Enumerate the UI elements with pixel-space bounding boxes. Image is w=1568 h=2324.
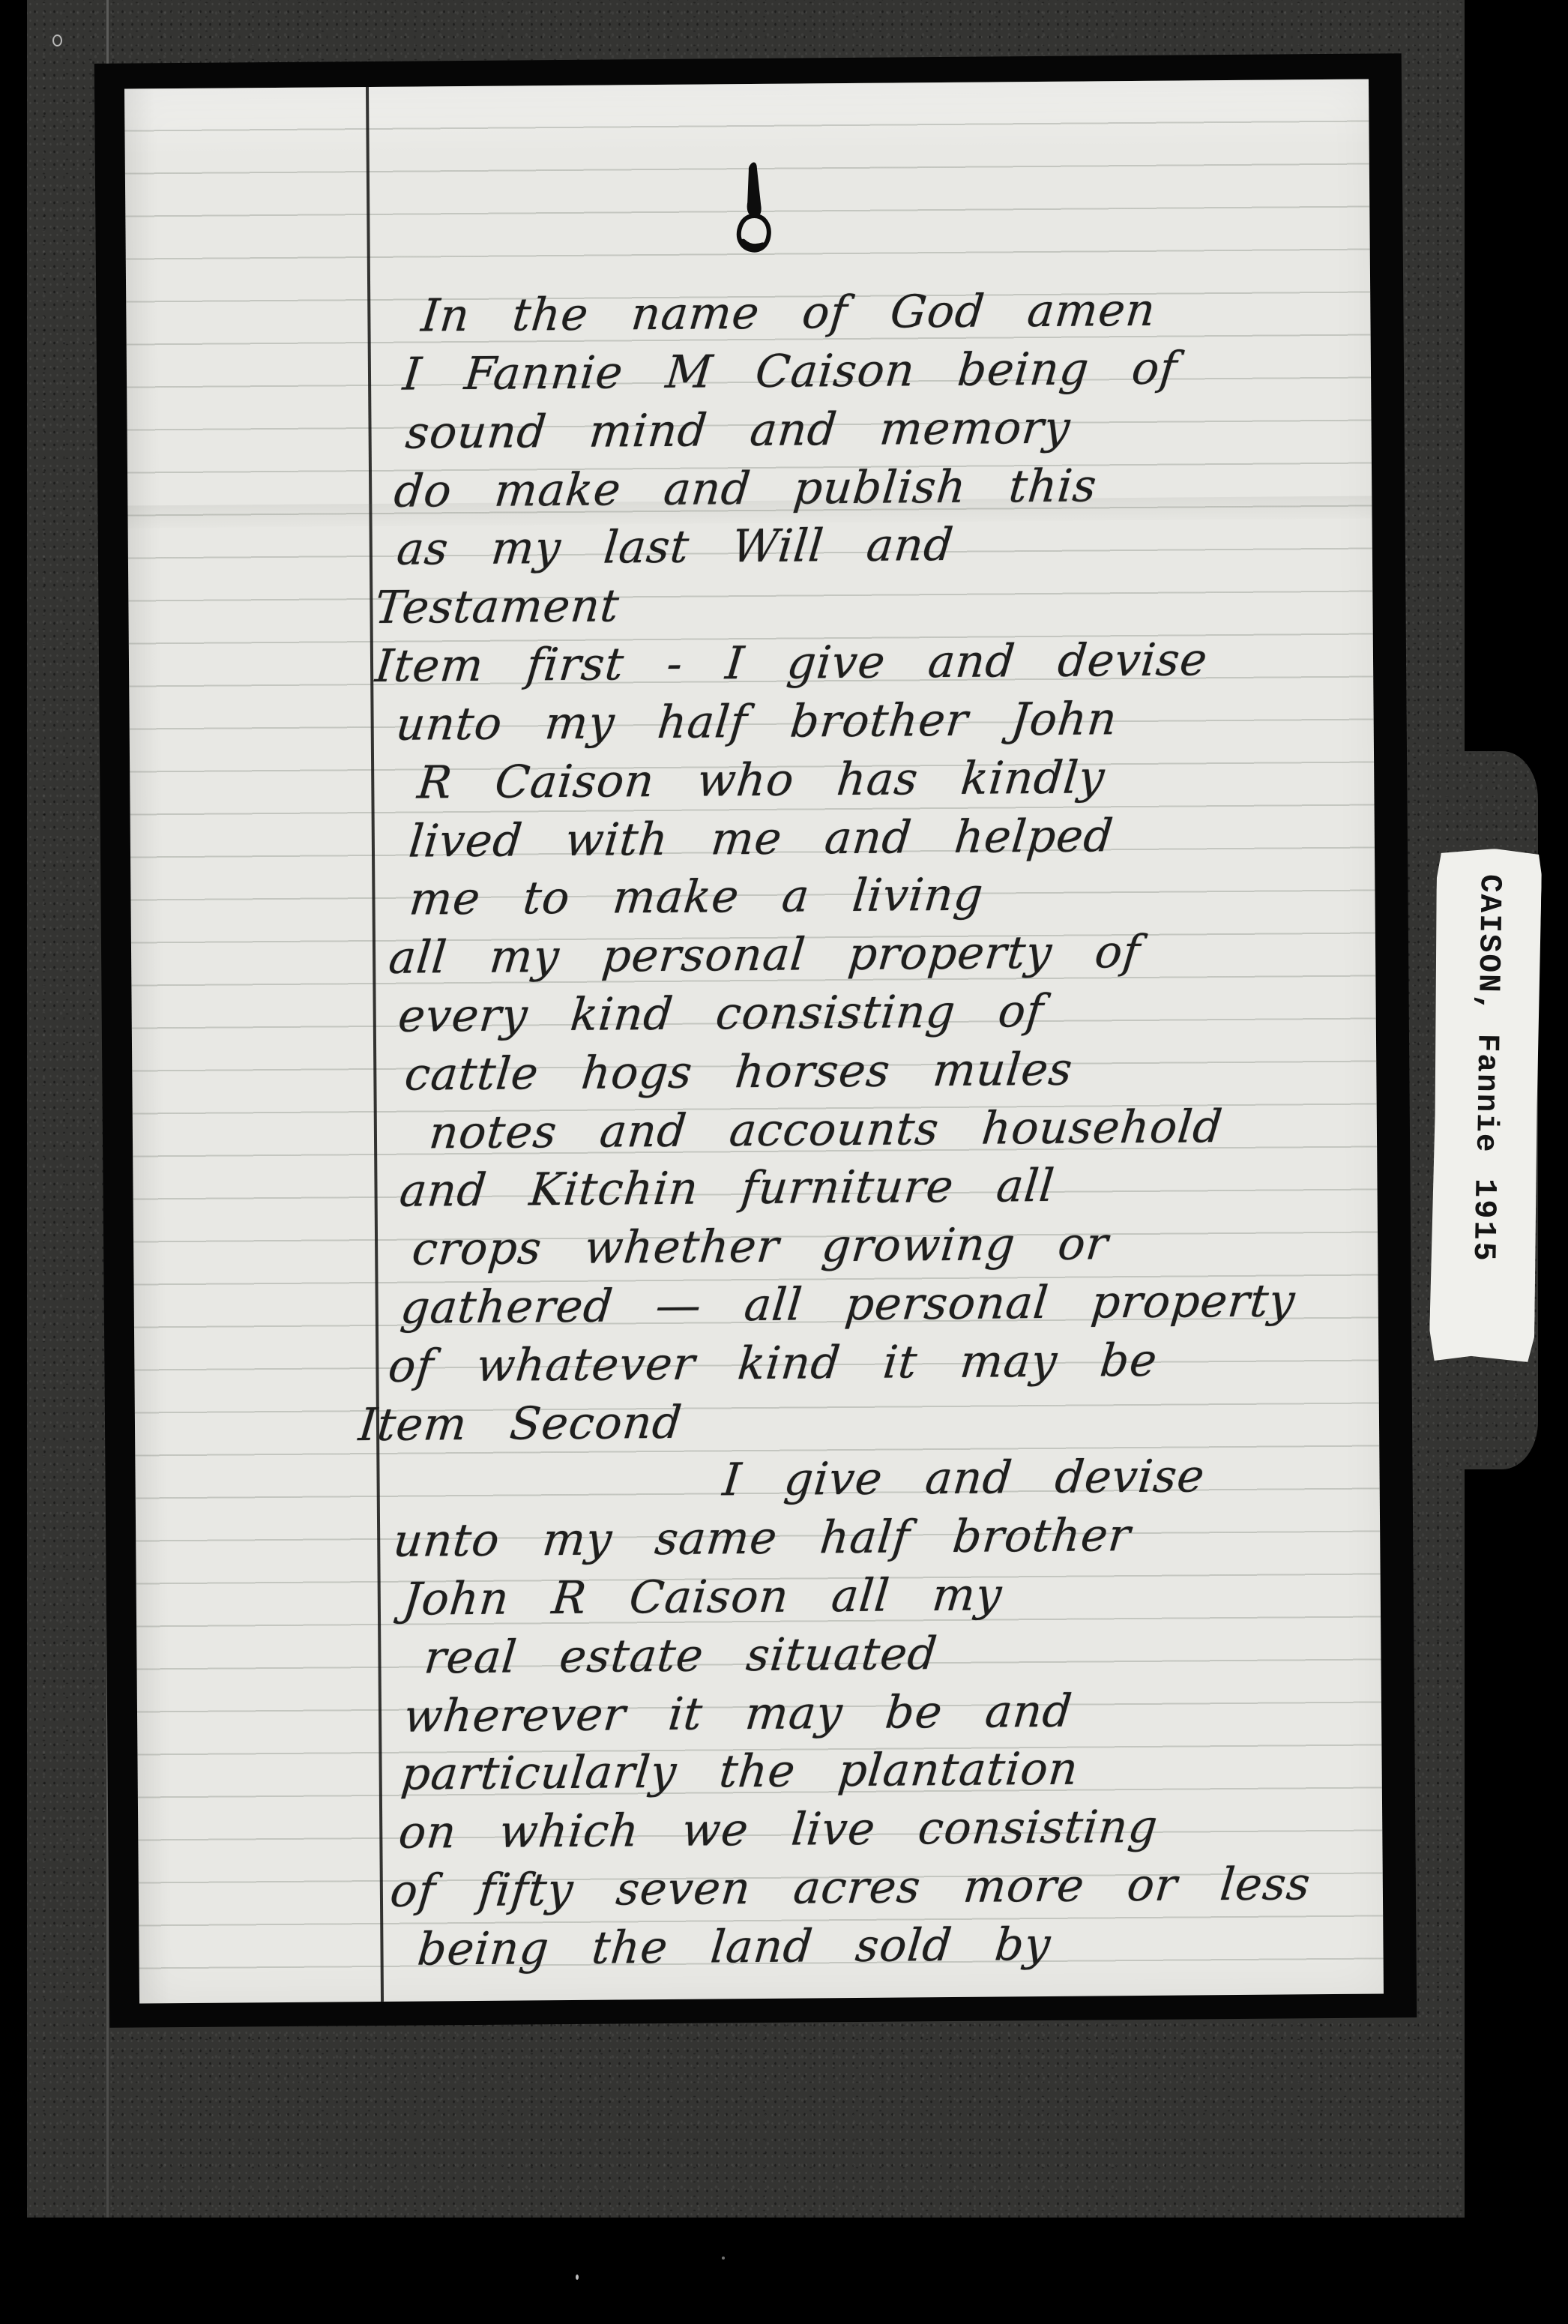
handwriting-line: unto my same half brother [391, 1513, 1133, 1564]
handwriting-line: being the land sold by [416, 1922, 1053, 1972]
handwriting-line: I Fannie M Caison being of [401, 346, 1180, 397]
handwriting-line: particularly the plantation [399, 1747, 1081, 1797]
tab-label-name: CAISON, Fannie [1468, 874, 1507, 1154]
handwriting-line: real estate situated [423, 1631, 940, 1680]
handwriting-line: cattle hogs horses mules [402, 1047, 1074, 1098]
handwriting-line: of fifty seven acres more or less [388, 1861, 1312, 1914]
dust-speck [576, 2275, 579, 2280]
margin-line [366, 87, 384, 2002]
handwriting-line: all my personal property of [387, 930, 1142, 981]
handwriting-line: unto my half brother John [394, 696, 1120, 747]
tab-label-year: 1915 [1465, 1178, 1503, 1264]
handwriting-line: wherever it may be and [402, 1689, 1074, 1739]
handwriting-line: John R Caison all my [401, 1572, 1004, 1622]
handwriting-line: lived with me and helped [407, 813, 1115, 864]
handwriting-line: every kind consisting of [396, 989, 1046, 1039]
ink-blot-icon [731, 159, 777, 301]
handwriting-line: notes and accounts household [427, 1104, 1225, 1155]
handwriting-line: Item Second [357, 1400, 684, 1448]
handwriting-line: on which we live consisting [396, 1804, 1160, 1855]
handwriting-line: sound mind and memory [404, 406, 1073, 456]
handwriting-line: me to make a living [408, 873, 986, 922]
handwriting-line: do make and publish this [392, 463, 1099, 514]
handwriting-line: and Kitchin furniture all [398, 1163, 1057, 1214]
handwriting-line: crops whether growing or [410, 1221, 1110, 1271]
handwriting-line: I give and devise [721, 1454, 1207, 1502]
dust-speck [52, 34, 62, 46]
will-page: In the name of God amenI Fannie M Caison… [124, 79, 1384, 2004]
folder-tab-label: CAISON, Fannie 1915 [1429, 848, 1543, 1362]
handwriting-line: Item first - I give and devise [373, 637, 1210, 689]
dust-speck [722, 2257, 725, 2260]
handwriting-line: Testament [373, 583, 622, 630]
handwriting-line: In the name of God amen [419, 288, 1157, 339]
handwriting-line: of whatever kind it may be [386, 1338, 1159, 1389]
handwriting-line: as my last Will and [395, 523, 956, 572]
handwriting-line: R Caison who has kindly [415, 755, 1107, 805]
handwriting-line: gathered — all personal property [399, 1278, 1297, 1330]
scan-background: In the name of God amenI Fannie M Caison… [0, 0, 1568, 2324]
